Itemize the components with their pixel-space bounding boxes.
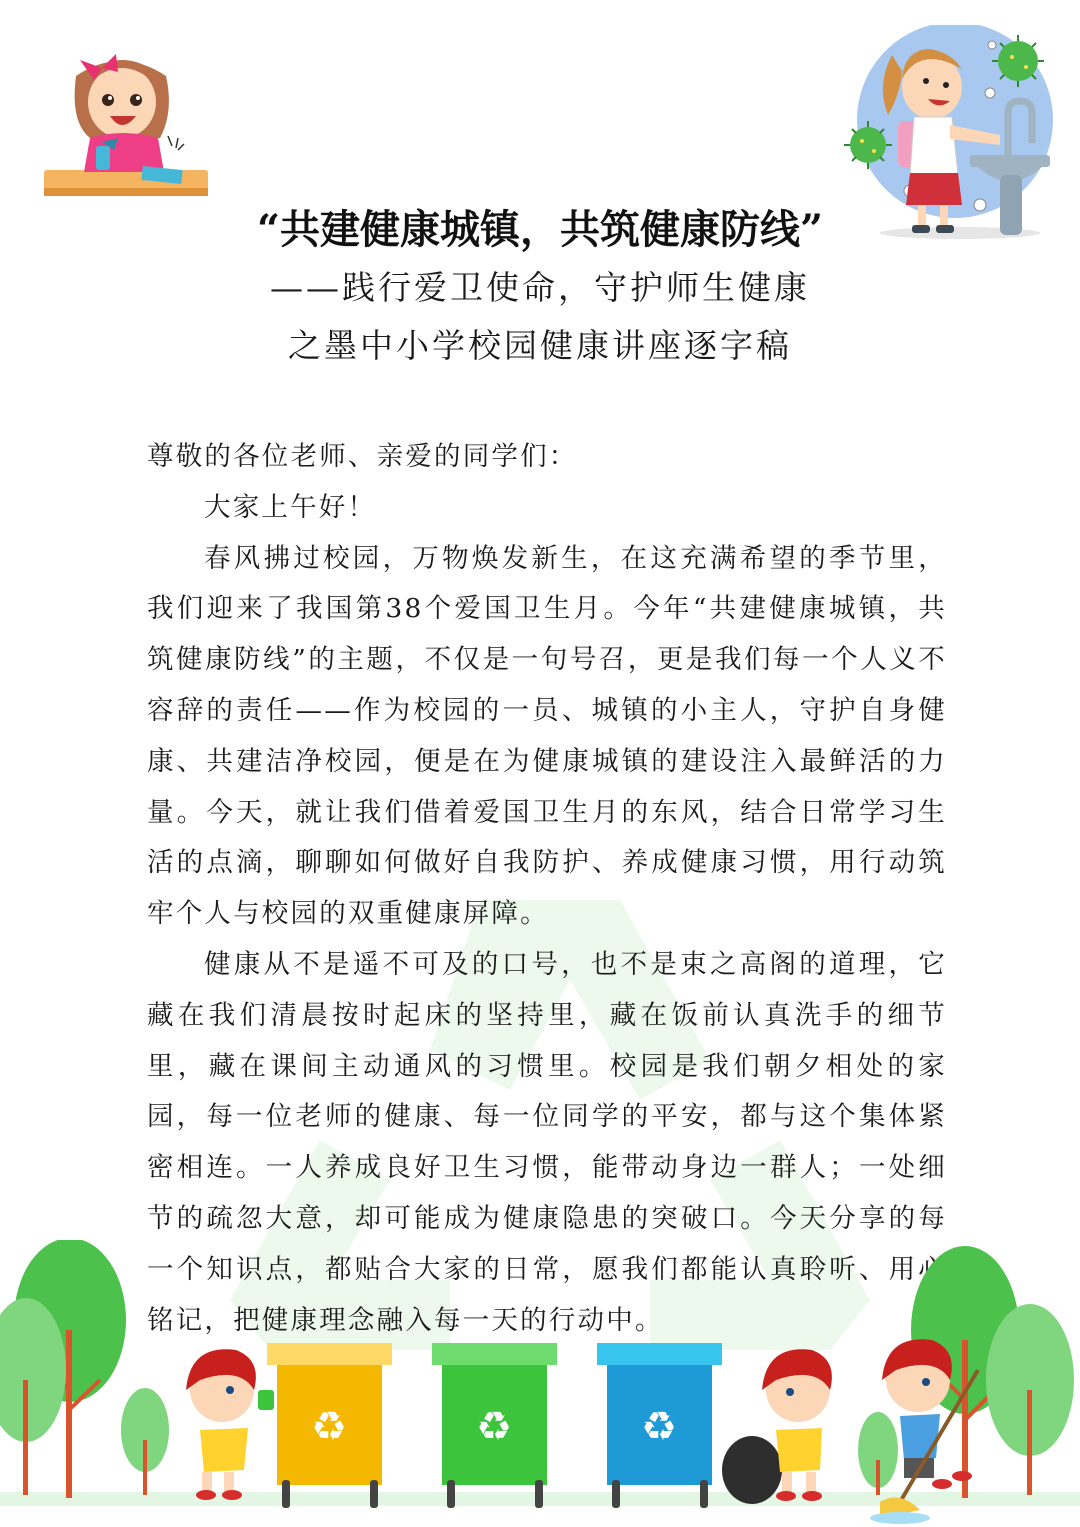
tree-icon bbox=[121, 1388, 169, 1495]
recycle-icon: ♻ bbox=[311, 1404, 347, 1450]
recycle-icon: ♻ bbox=[476, 1404, 512, 1450]
tree-icon bbox=[858, 1412, 898, 1495]
recycle-icon: ♻ bbox=[641, 1404, 677, 1450]
speech-body: 尊敬的各位老师、亲爱的同学们： 大家上午好！ 春风拂过校园，万物焕发新生，在这充… bbox=[147, 432, 947, 1346]
boy-cleaning-bin bbox=[186, 1349, 274, 1500]
document-title: “共建健康城镇，共筑健康防线” bbox=[0, 198, 1080, 255]
boy-with-trash-bag bbox=[722, 1349, 832, 1504]
girl-cleaning-illustration bbox=[40, 42, 212, 202]
paragraph-1: 春风拂过校园，万物焕发新生，在这充满希望的季节里，我们迎来了我国第38个爱国卫生… bbox=[147, 534, 947, 940]
tree-icon bbox=[0, 1298, 66, 1495]
document-subtitle-line2: 之墨中小学校园健康讲座逐字稿 bbox=[0, 320, 1080, 367]
yellow-recycling-bin: ♻ bbox=[267, 1343, 392, 1508]
blue-recycling-bin: ♻ bbox=[597, 1343, 722, 1508]
document-subtitle-line1: ——践行爱卫使命，守护师生健康 bbox=[0, 262, 1080, 309]
tree-icon bbox=[986, 1304, 1074, 1495]
green-recycling-bin: ♻ bbox=[432, 1343, 557, 1508]
greeting: 大家上午好！ bbox=[147, 483, 947, 534]
salutation: 尊敬的各位老师、亲爱的同学们： bbox=[147, 432, 947, 483]
recycling-scene-illustration: ♻ ♻ ♻ bbox=[0, 1240, 1080, 1527]
